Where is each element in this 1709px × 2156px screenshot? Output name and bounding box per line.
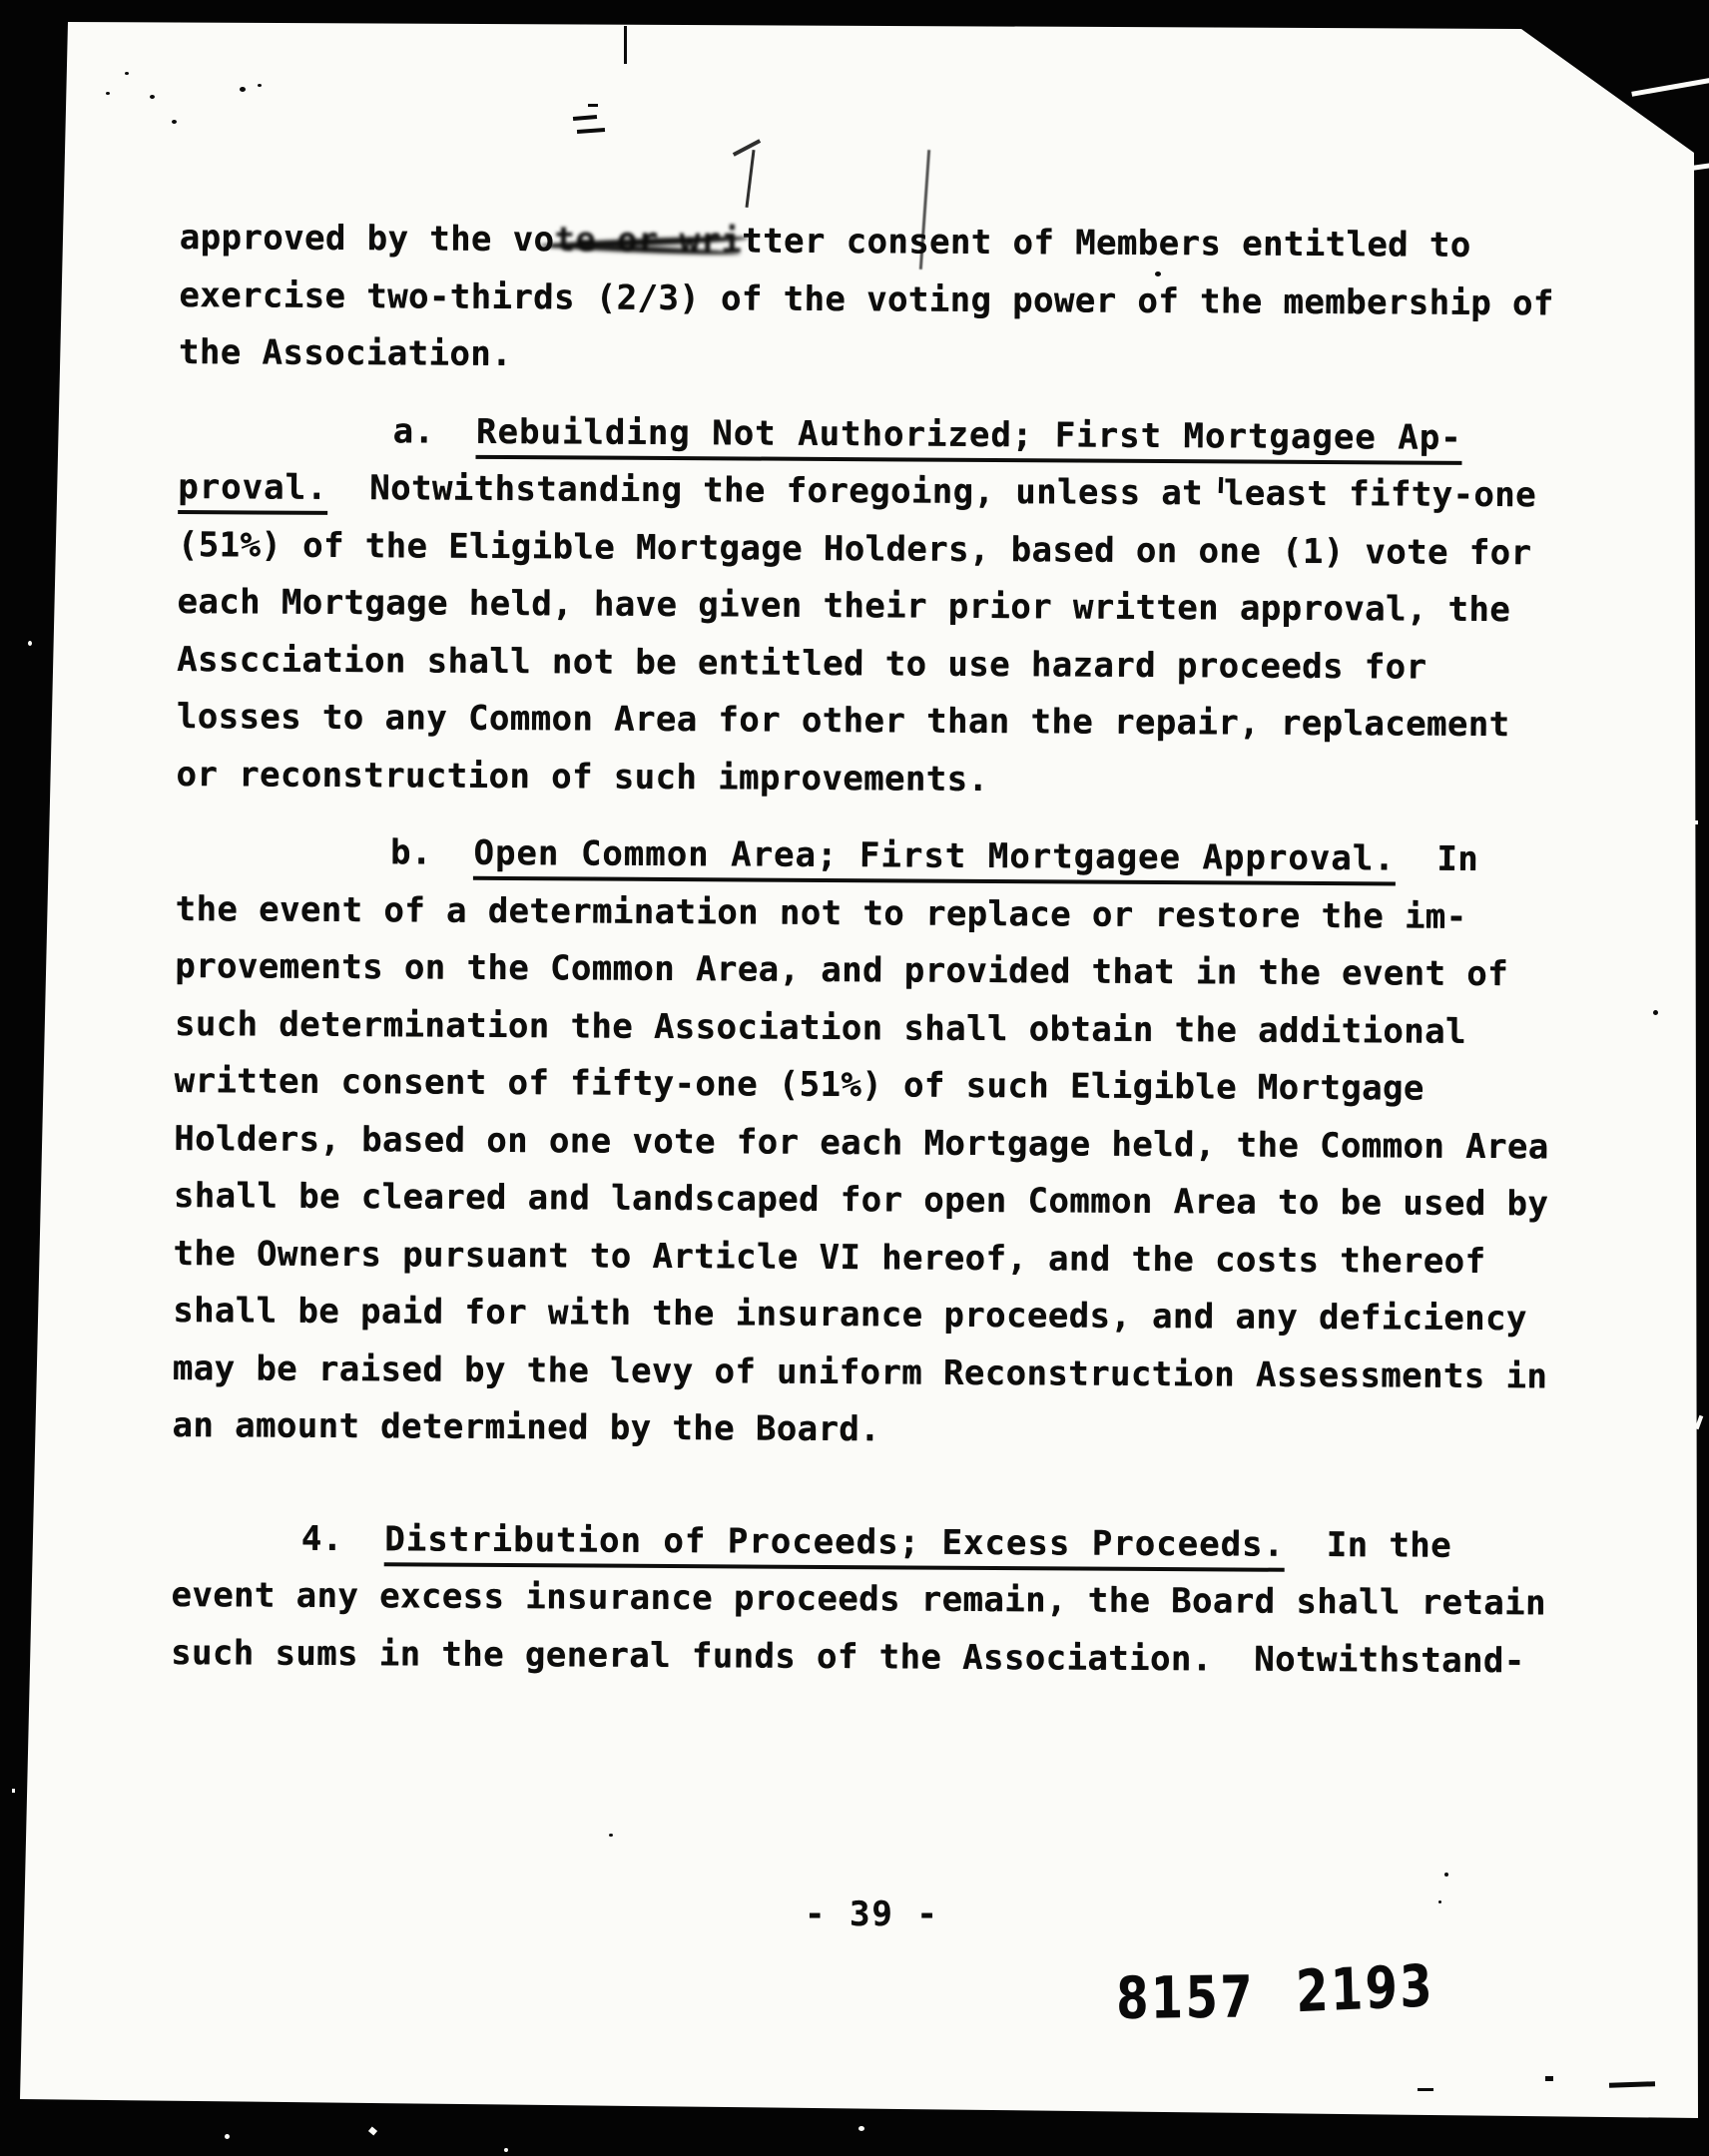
stamp-number-right: 2193 <box>1296 1951 1436 2025</box>
document-line: shall be paid for with the insurance pro… <box>173 1283 1632 1348</box>
document-line: or reconstruction of such improvements. <box>176 746 1635 811</box>
document-body: approved by the vote or writter consent … <box>171 210 1639 1691</box>
stamp-number: 81572193 <box>1116 1961 1435 2032</box>
scan-speck <box>28 641 32 646</box>
scan-speck <box>258 84 262 87</box>
stamp-number-left: 8157 <box>1116 1962 1255 2032</box>
scan-speck <box>368 2126 377 2135</box>
text-segment: the Association. <box>179 332 512 374</box>
scan-scratch <box>588 104 598 107</box>
document-line: the Owners pursuant to Article VI hereof… <box>173 1225 1632 1291</box>
scan-scratch <box>745 150 755 208</box>
document-line: may be raised by the levy of uniform Rec… <box>173 1340 1632 1405</box>
document-line: losses to any Common Area for other than… <box>177 689 1636 755</box>
text-segment: event any excess insurance proceeds rema… <box>171 1575 1546 1623</box>
heading-segment: Open Common Area; First Mortgagee Approv… <box>473 833 1395 886</box>
text-segment: or reconstruction of such improvements. <box>176 754 988 799</box>
document-line: such determination the Association shall… <box>175 995 1634 1061</box>
document-line: the event of a determination not to repl… <box>176 880 1635 946</box>
text-segment: such sums in the general funds of the As… <box>171 1632 1525 1680</box>
document-line: shall be cleared and landscaped for open… <box>174 1168 1633 1234</box>
document-line: the Association. <box>179 324 1638 390</box>
page-number: - 39 - <box>805 1894 939 1934</box>
scan-scratch <box>733 139 761 157</box>
scan-speck <box>1695 1415 1704 1430</box>
scan-scratch <box>1631 76 1709 97</box>
text-segment: may be raised by the levy of uniform Rec… <box>173 1347 1548 1395</box>
document-line: Asscciation shall not be entitled to use… <box>177 631 1636 697</box>
text-segment: shall be cleared and landscaped for open… <box>174 1176 1549 1224</box>
scan-scratch <box>624 26 627 64</box>
document-line: such sums in the general funds of the As… <box>171 1624 1630 1690</box>
heading-segment: Distribution of Proceeds; Excess Proceed… <box>384 1519 1285 1572</box>
scan-speck <box>225 2134 230 2139</box>
text-segment: (51%) of the Eligible Mortgage Holders, … <box>178 524 1532 572</box>
scan-speck <box>172 120 177 124</box>
document-line: provements on the Common Area, and provi… <box>175 938 1634 1004</box>
document-line: a. Rebuilding Not Authorized; First Mort… <box>178 401 1637 467</box>
text-segment: shall be paid for with the insurance pro… <box>173 1291 1527 1339</box>
text-segment: each Mortgage held, have given their pri… <box>177 582 1510 630</box>
text-segment: In <box>1396 838 1479 879</box>
document-line: approved by the vote or writter consent … <box>180 210 1639 275</box>
scan-speck <box>1695 820 1698 824</box>
scan-speck <box>504 2148 508 2152</box>
scan-scratch <box>1637 162 1709 178</box>
document-line: each Mortgage held, have given their pri… <box>177 574 1636 640</box>
document-line: exercise two-thirds (2/3) of the voting … <box>179 267 1638 332</box>
scan-speck <box>106 92 110 95</box>
scan-scratch <box>1219 477 1224 493</box>
text-segment: an amount determined by the Board. <box>172 1405 880 1449</box>
text-segment: a. <box>393 411 477 452</box>
text-segment: written consent of fifty-one (51%) of su… <box>175 1061 1424 1109</box>
text-segment: the Owners pursuant to Article VI hereof… <box>173 1233 1485 1281</box>
scan-speck <box>150 95 155 99</box>
scan-scratch <box>1609 2081 1655 2088</box>
scan-scratch <box>1545 2076 1553 2081</box>
scan-speck <box>1444 1873 1448 1877</box>
text-segment: Asscciation shall not be entitled to use… <box>177 639 1426 687</box>
heading-segment: proval. <box>178 467 328 515</box>
scan-speck <box>1653 1010 1658 1015</box>
document-line: 4. Distribution of Proceeds; Excess Proc… <box>172 1509 1631 1575</box>
document-line: proval. Notwithstanding the foregoing, u… <box>178 459 1637 525</box>
text-segment: In the <box>1285 1524 1451 1565</box>
document-line: (51%) of the Eligible Mortgage Holders, … <box>178 516 1637 582</box>
scan-scratch <box>573 115 597 121</box>
scan-scratch <box>1418 2088 1433 2091</box>
text-segment: te or wri <box>554 220 742 261</box>
text-segment: such determination the Association shall… <box>175 1003 1466 1051</box>
scan-speck <box>858 2126 864 2131</box>
scan-speck <box>1438 1900 1441 1903</box>
scan-speck <box>12 1789 15 1793</box>
document-line: written consent of fifty-one (51%) of su… <box>174 1053 1633 1119</box>
document-line: an amount determined by the Board. <box>172 1397 1631 1463</box>
document-line: Holders, based on one vote for each Mort… <box>174 1110 1633 1176</box>
document-line: b. Open Common Area; First Mortgagee App… <box>176 823 1635 889</box>
text-segment: Holders, based on one vote for each Mort… <box>174 1118 1549 1166</box>
scan-speck <box>240 87 246 92</box>
text-segment: 4. <box>301 1518 385 1559</box>
scanned-page: { "colors": { "ink": "#0d0d0c", "paper":… <box>0 0 1709 2156</box>
text-segment: losses to any Common Area for other than… <box>177 697 1510 745</box>
text-segment: exercise two-thirds (2/3) of the voting … <box>179 274 1554 322</box>
text-segment: the event of a determination not to repl… <box>176 888 1467 936</box>
scan-speck <box>1155 271 1161 276</box>
text-segment: approved by the vo <box>180 218 555 260</box>
document-line: event any excess insurance proceeds rema… <box>171 1567 1630 1633</box>
text-segment: Notwithstanding the foregoing, unless at… <box>327 468 1536 515</box>
scan-speck <box>609 1834 613 1837</box>
scan-scratch <box>577 128 605 134</box>
heading-segment: Rebuilding Not Authorized; First Mortgag… <box>476 411 1462 464</box>
scan-speck <box>125 72 129 75</box>
text-segment: provements on the Common Area, and provi… <box>175 946 1508 994</box>
text-segment: tter consent of Members entitled to <box>742 221 1471 265</box>
text-segment: b. <box>390 832 474 873</box>
